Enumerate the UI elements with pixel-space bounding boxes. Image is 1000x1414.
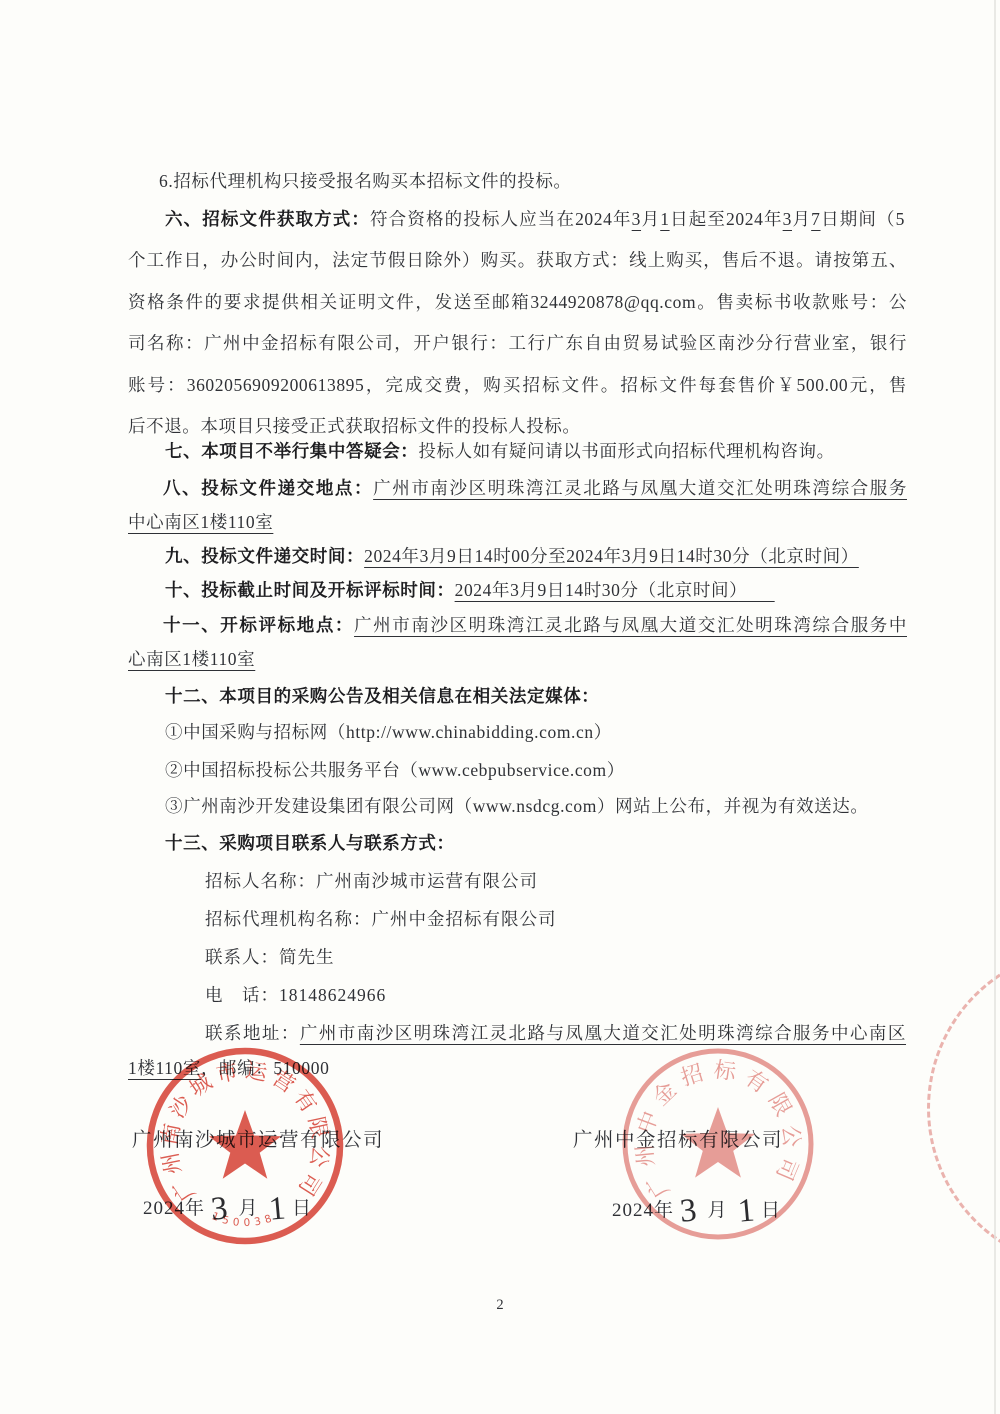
clause-heading: 十、投标截止时间及开标评标时间： (165, 580, 455, 600)
contact-address: 联系地址：广州市南沙区明珠湾江灵北路与凤凰大道交汇处明珠湾综合服务中心南区 (205, 1020, 906, 1046)
body-line: 司名称：广州中金招标有限公司，开户银行：工行广东自由贸易试验区南沙分行营业室，银… (128, 330, 907, 356)
body-text: 月 (641, 209, 660, 229)
underlined-date-digit: 1 (660, 209, 669, 229)
clause-heading: 十二、本项目的采购公告及相关信息在相关法定媒体： (165, 686, 599, 706)
star-icon (209, 1110, 281, 1179)
body-line: 个工作日，办公时间内，法定节假日除外）购买。获取方式：线上购买，售后不退。请按第… (128, 247, 907, 273)
address-continuation: 中心南区1楼110室 (128, 509, 273, 535)
underlined-date-digit: 3 (632, 209, 641, 229)
clause-6-note: 6.招标代理机构只接受报名购买本招标文件的投标。 (159, 168, 572, 194)
clause-contacts: 十三、采购项目联系人与联系方式： (165, 830, 455, 856)
body-line: 账号：3602056909200613895，完成交费，购买招标文件。招标文件每… (128, 372, 907, 398)
address-continuation: 心南区1楼110室 (128, 646, 255, 672)
underlined-address: 广州市南沙区明珠湾江灵北路与凤凰大道交汇处明珠湾综合服务中 (354, 615, 907, 635)
contact-person: 联系人：简先生 (205, 944, 335, 970)
clause-submit-place: 八、投标文件递交地点：广州市南沙区明珠湾江灵北路与凤凰大道交汇处明珠湾综合服务 (163, 475, 907, 501)
star-icon (681, 1107, 755, 1178)
clause-heading: 十一、开标评标地点： (163, 615, 354, 635)
scan-artifact-line (994, 0, 996, 1414)
underlined-time: 2024年3月9日14时30分（北京时间） (455, 580, 739, 600)
clause-media: 十二、本项目的采购公告及相关信息在相关法定媒体： (165, 683, 599, 709)
company-seal-left: 广州南沙城市运营有限公司 1500380 (143, 1044, 347, 1248)
clause-heading: 十三、采购项目联系人与联系方式： (165, 833, 455, 853)
clause-heading: 九、投标文件递交时间： (165, 546, 364, 566)
partial-seal-edge (927, 947, 1000, 1269)
body-text: 月 (792, 209, 811, 229)
clause-doc-obtain: 六、招标文件获取方式：符合资格的投标人应当在2024年3月1日起至2024年3月… (165, 206, 905, 232)
underlined-address: 中心南区1楼110室 (128, 512, 273, 532)
body-line: 资格条件的要求提供相关证明文件，发送至邮箱3244920878@qq.com。售… (128, 289, 907, 315)
body-line: 后不退。本项目只接受正式获取招标文件的投标人投标。 (128, 413, 581, 439)
underlined-address: 心南区1楼110室 (128, 649, 255, 669)
underlined-date-digit: 3 (783, 209, 792, 229)
body-text: 日期间（5 (821, 209, 905, 229)
contact-bidder-name: 招标人名称：广州南沙城市运营有限公司 (205, 868, 538, 894)
scanned-document-page: 6.招标代理机构只接受报名购买本招标文件的投标。 六、招标文件获取方式：符合资格… (0, 0, 1000, 1414)
contact-agency-name: 招标代理机构名称：广州中金招标有限公司 (205, 906, 557, 932)
clause-open-place: 十一、开标评标地点：广州市南沙区明珠湾江灵北路与凤凰大道交汇处明珠湾综合服务中 (163, 612, 907, 638)
contact-address-label: 联系地址： (205, 1023, 300, 1043)
contact-phone: 电 话：18148624966 (205, 982, 386, 1008)
media-item-2: ②中国招标投标公共服务平台（www.cebpubservice.com） (165, 757, 625, 783)
underline-tail (738, 580, 774, 600)
underlined-address: 广州市南沙区明珠湾江灵北路与凤凰大道交汇处明珠湾综合服务 (373, 478, 907, 498)
clause-submit-time: 九、投标文件递交时间：2024年3月9日14时00分至2024年3月9日14时3… (165, 543, 859, 569)
body-text: 投标人如有疑问请以书面形式向招标代理机构咨询。 (418, 441, 834, 461)
clause-heading: 六、招标文件获取方式： (165, 209, 370, 229)
underlined-address: 广州市南沙区明珠湾江灵北路与凤凰大道交汇处明珠湾综合服务中心南区 (300, 1023, 906, 1043)
page-number: 2 (0, 1292, 1000, 1318)
body-text: 日起至2024年 (670, 209, 783, 229)
underlined-date-digit: 7 (811, 209, 820, 229)
clause-heading: 八、投标文件递交地点： (163, 478, 373, 498)
clause-qa-meeting: 七、本项目不举行集中答疑会：投标人如有疑问请以书面形式向招标代理机构咨询。 (165, 438, 835, 464)
underlined-time: 2024年3月9日14时00分至2024年3月9日14时30分（北京时间） (364, 546, 859, 566)
clause-deadline: 十、投标截止时间及开标评标时间：2024年3月9日14时30分（北京时间） (165, 577, 775, 603)
media-item-1: ①中国采购与招标网（http://www.chinabidding.com.cn… (165, 719, 612, 745)
clause-heading: 七、本项目不举行集中答疑会： (165, 441, 418, 461)
company-seal-right: 广州中金招标有限公司 (620, 1046, 816, 1242)
media-item-3: ③广州南沙开发建设集团有限公司网（www.nsdcg.com）网站上公布，并视为… (165, 793, 868, 819)
body-text: 符合资格的投标人应当在2024年 (370, 209, 632, 229)
